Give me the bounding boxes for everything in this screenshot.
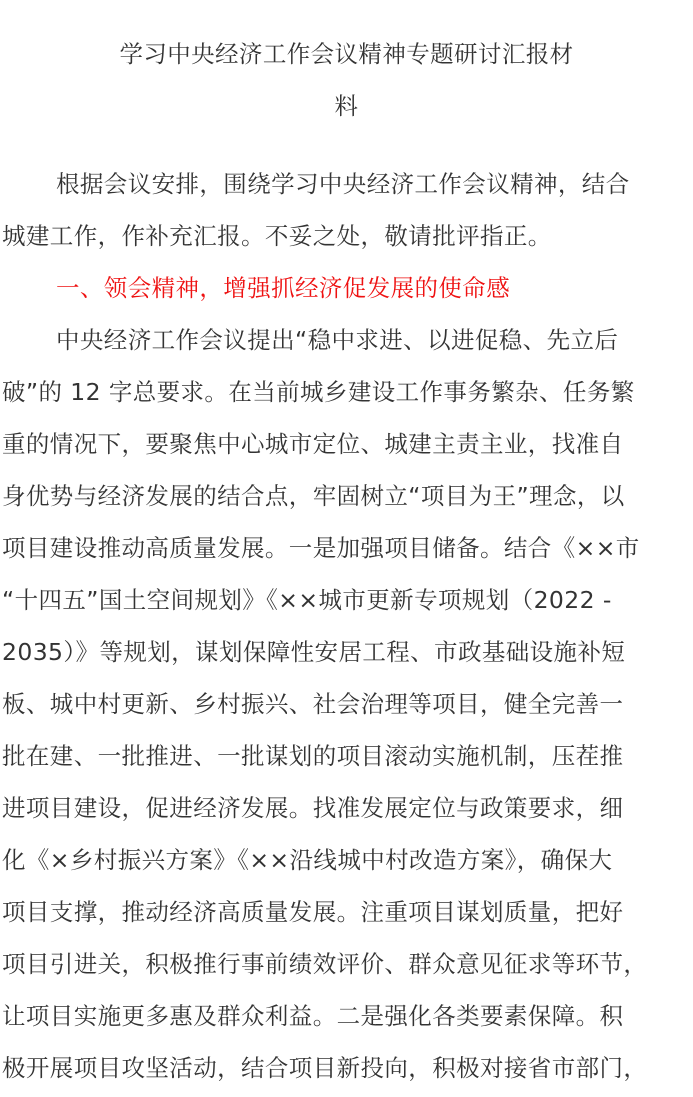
paragraph-line: 城建工作，作补充汇报。不妥之处，敬请批评指正。 (2, 210, 693, 262)
paragraph-line: 项目支撑，推动经济高质量发展。注重项目谋划质量，把好 (2, 886, 693, 938)
body-paragraph: 中央经济工作会议提出“稳中求进、以进促稳、先立后 破”的 12 字总要求。在当前… (2, 314, 693, 1094)
paragraph-line: 项目引进关，积极推行事前绩效评价、群众意见征求等环节， (2, 938, 693, 990)
title-line: 学习中央经济工作会议精神专题研讨汇报材 (0, 28, 693, 80)
paragraph-line: 进项目建设，促进经济发展。找准发展定位与政策要求，细 (2, 782, 693, 834)
paragraph-line: 重的情况下，要聚焦中心城市定位、城建主责主业，找准自 (2, 418, 693, 470)
intro-paragraph: 根据会议安排，围绕学习中央经济工作会议精神，结合 城建工作，作补充汇报。不妥之处… (2, 158, 693, 262)
paragraph-line: 批在建、一批推进、一批谋划的项目滚动实施机制，压茬推 (2, 730, 693, 782)
document-page: 学习中央经济工作会议精神专题研讨汇报材 料 根据会议安排，围绕学习中央经济工作会… (0, 0, 693, 1097)
paragraph-line: 破”的 12 字总要求。在当前城乡建设工作事务繁杂、任务繁 (2, 366, 693, 418)
paragraph-line: 2035）》等规划，谋划保障性安居工程、市政基础设施补短 (2, 626, 693, 678)
document-title: 学习中央经济工作会议精神专题研讨汇报材 料 (0, 28, 693, 132)
paragraph-line: 板、城中村更新、乡村振兴、社会治理等项目，健全完善一 (2, 678, 693, 730)
paragraph-line: 化《×乡村振兴方案》《××沿线城中村改造方案》，确保大 (2, 834, 693, 886)
paragraph-line: 极开展项目攻坚活动，结合项目新投向，积极对接省市部门， (2, 1042, 693, 1094)
paragraph-line: 根据会议安排，围绕学习中央经济工作会议精神，结合 (2, 158, 693, 210)
section-heading-1: 一、领会精神，增强抓经济促发展的使命感 (2, 262, 693, 314)
paragraph-line: 身优势与经济发展的结合点，牢固树立“项目为王”理念，以 (2, 470, 693, 522)
section-heading-text: 一、领会精神，增强抓经济促发展的使命感 (2, 262, 693, 314)
title-line: 料 (0, 80, 693, 132)
paragraph-line: 让项目实施更多惠及群众利益。二是强化各类要素保障。积 (2, 990, 693, 1042)
document-body: 根据会议安排，围绕学习中央经济工作会议精神，结合 城建工作，作补充汇报。不妥之处… (2, 158, 693, 1094)
paragraph-line: 中央经济工作会议提出“稳中求进、以进促稳、先立后 (2, 314, 693, 366)
paragraph-line: 项目建设推动高质量发展。一是加强项目储备。结合《××市 (2, 522, 693, 574)
paragraph-line: “十四五”国土空间规划》《××城市更新专项规划（2022 - (2, 574, 693, 626)
